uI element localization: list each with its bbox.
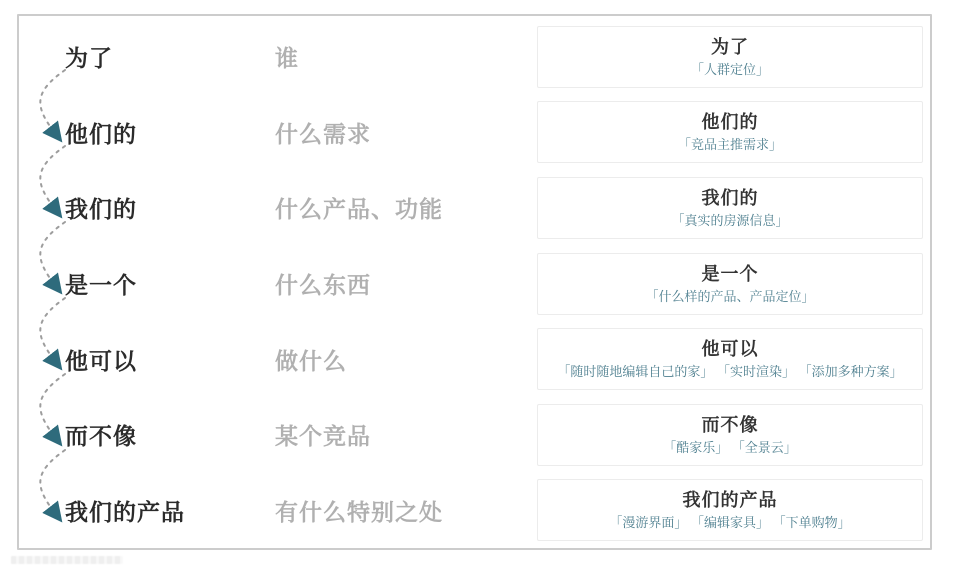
row-label: 他们的 bbox=[65, 116, 275, 149]
card-tags: 「漫游界面」 「编辑家具」 「下单购物」 bbox=[609, 516, 850, 529]
row-label: 为了 bbox=[65, 40, 275, 73]
diagram-panel: 为了 谁 为了 「人群定位」 他们的 什么需求 他们的 「竞品主推需求」 我们的… bbox=[17, 14, 932, 550]
card-tags: 「什么样的产品、产品定位」 bbox=[645, 290, 814, 303]
card-tags: 「人群定位」 bbox=[691, 63, 769, 76]
pitch-card: 是一个 「什么样的产品、产品定位」 bbox=[537, 253, 923, 315]
card-tags: 「酷家乐」 「全景云」 bbox=[663, 441, 797, 454]
row-label: 他可以 bbox=[65, 343, 275, 376]
pitch-card: 我们的产品 「漫游界面」 「编辑家具」 「下单购物」 bbox=[537, 479, 923, 541]
row-hint: 某个竞品 bbox=[275, 418, 537, 451]
card-title: 他们的 bbox=[702, 113, 759, 131]
pitch-row-5: 他可以 做什么 他可以 「随时随地编辑自己的家」 「实时渲染」 「添加多种方案」 bbox=[65, 321, 925, 397]
row-label: 是一个 bbox=[65, 267, 275, 300]
row-hint: 什么需求 bbox=[275, 116, 537, 149]
pitch-card: 我们的 「真实的房源信息」 bbox=[537, 177, 923, 239]
pitch-card: 而不像 「酷家乐」 「全景云」 bbox=[537, 404, 923, 466]
row-hint: 什么东西 bbox=[275, 267, 537, 300]
rows-container: 为了 谁 为了 「人群定位」 他们的 什么需求 他们的 「竞品主推需求」 我们的… bbox=[19, 16, 930, 548]
card-title: 是一个 bbox=[702, 265, 759, 283]
card-title: 而不像 bbox=[702, 416, 759, 434]
pitch-row-6: 而不像 某个竞品 而不像 「酷家乐」 「全景云」 bbox=[65, 397, 925, 473]
row-label: 而不像 bbox=[65, 418, 275, 451]
card-tags: 「真实的房源信息」 bbox=[671, 214, 788, 227]
pitch-row-2: 他们的 什么需求 他们的 「竞品主推需求」 bbox=[65, 95, 925, 171]
pitch-card: 他们的 「竞品主推需求」 bbox=[537, 101, 923, 163]
row-hint: 有什么特别之处 bbox=[275, 494, 537, 527]
card-title: 为了 bbox=[711, 38, 749, 56]
pitch-row-4: 是一个 什么东西 是一个 「什么样的产品、产品定位」 bbox=[65, 246, 925, 322]
row-hint: 谁 bbox=[275, 40, 537, 73]
card-title: 他可以 bbox=[702, 340, 759, 358]
pitch-row-3: 我们的 什么产品、功能 我们的 「真实的房源信息」 bbox=[65, 170, 925, 246]
pitch-card: 他可以 「随时随地编辑自己的家」 「实时渲染」 「添加多种方案」 bbox=[537, 328, 923, 390]
cropped-caption-smudge bbox=[11, 556, 123, 564]
card-tags: 「随时随地编辑自己的家」 「实时渲染」 「添加多种方案」 bbox=[557, 365, 902, 378]
row-label: 我们的产品 bbox=[65, 494, 275, 527]
pitch-row-7: 我们的产品 有什么特别之处 我们的产品 「漫游界面」 「编辑家具」 「下单购物」 bbox=[65, 472, 925, 548]
pitch-card: 为了 「人群定位」 bbox=[537, 26, 923, 88]
card-tags: 「竞品主推需求」 bbox=[678, 138, 782, 151]
card-title: 我们的产品 bbox=[683, 491, 778, 509]
card-title: 我们的 bbox=[702, 189, 759, 207]
row-hint: 做什么 bbox=[275, 343, 537, 376]
row-label: 我们的 bbox=[65, 191, 275, 224]
pitch-diagram: 为了 谁 为了 「人群定位」 他们的 什么需求 他们的 「竞品主推需求」 我们的… bbox=[0, 0, 960, 566]
pitch-row-1: 为了 谁 为了 「人群定位」 bbox=[65, 19, 925, 95]
row-hint: 什么产品、功能 bbox=[275, 191, 537, 224]
